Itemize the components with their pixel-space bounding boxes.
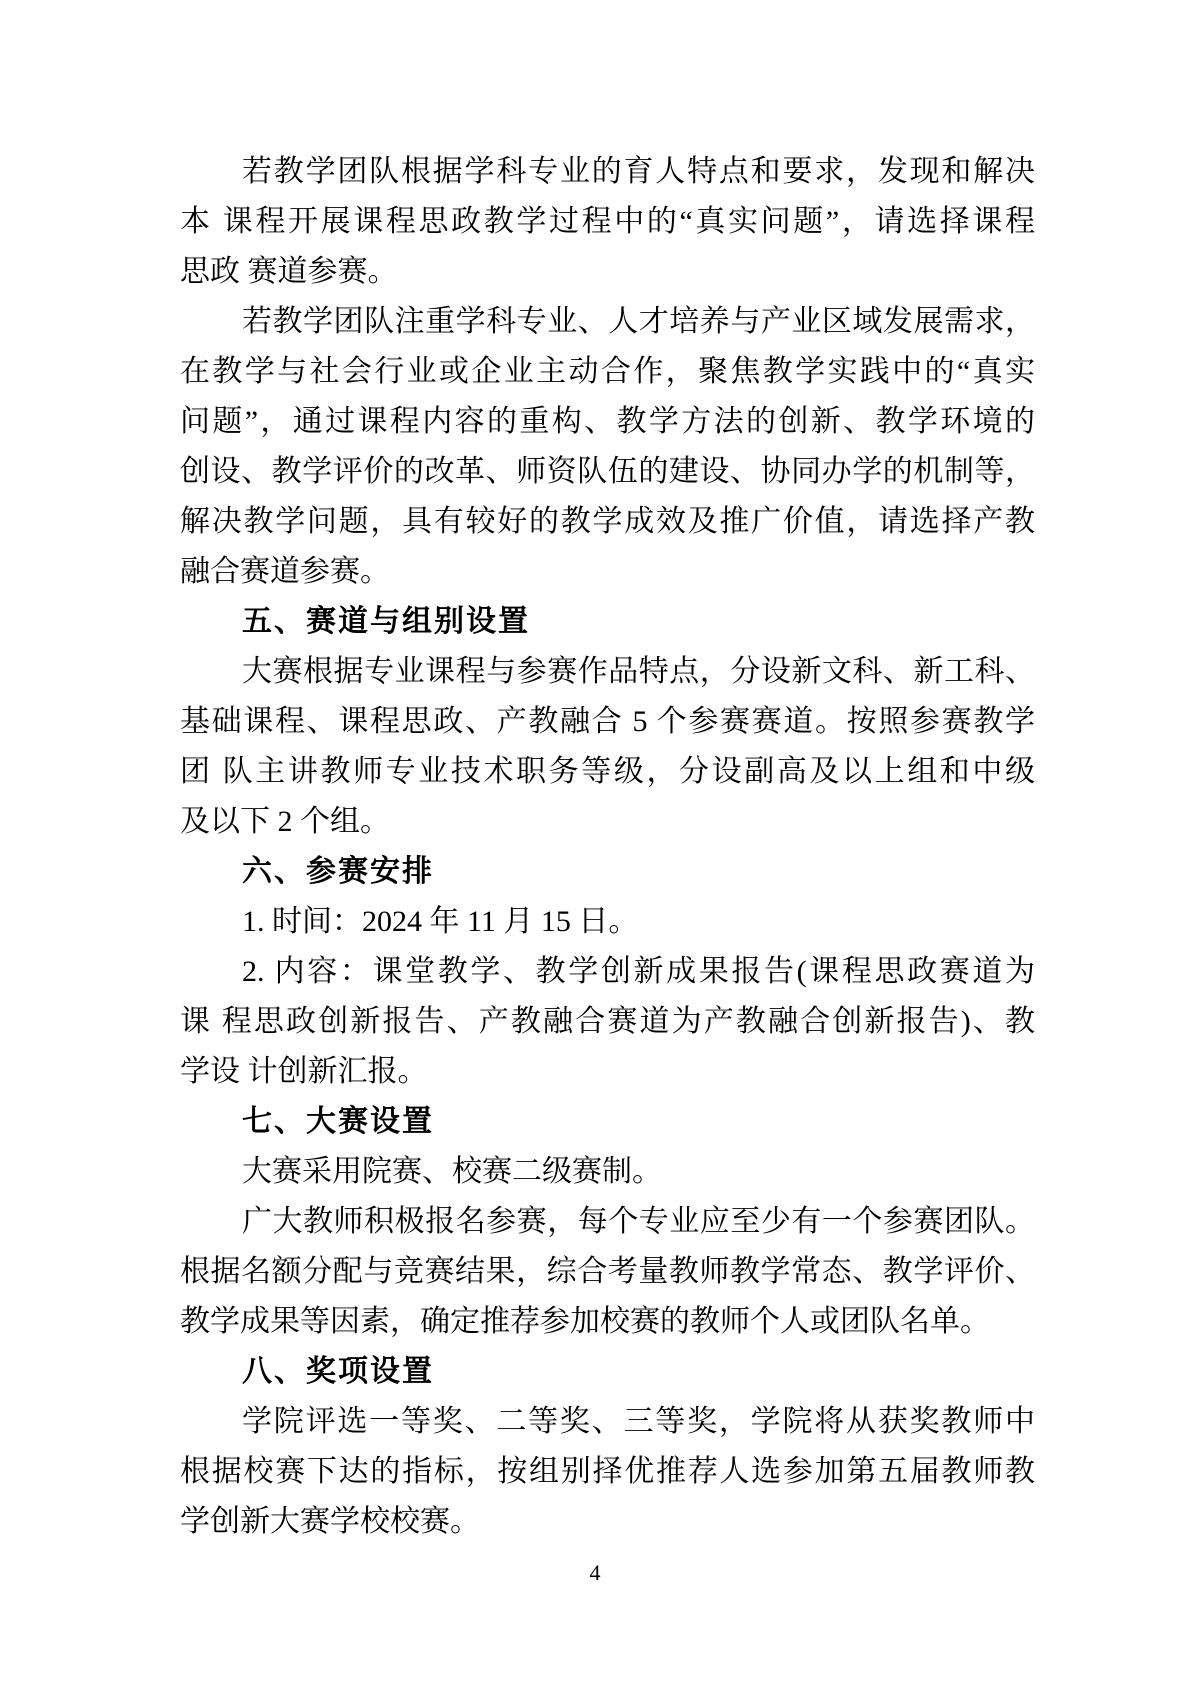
text-line: 基础课程、课程思政、产教融合 5 个参赛赛道。按照参赛教学	[180, 697, 1035, 747]
page-number: 4	[590, 1560, 601, 1585]
text-line: 若教学团队根据学科专业的育人特点和要求，发现和解决	[180, 147, 1035, 197]
text-line: 在教学与社会行业或企业主动合作，聚焦教学实践中的“真实	[180, 347, 1035, 397]
text-line: 大赛根据专业课程与参赛作品特点，分设新文科、新工科、	[180, 647, 1035, 697]
text-line: 及以下 2 个组。	[180, 797, 1035, 847]
section: 七、大赛设置	[180, 1097, 1035, 1147]
text-line: 融合赛道参赛。	[180, 547, 1035, 597]
text-line: 学院评选一等奖、二等奖、三等奖，学院将从获奖教师中	[180, 1397, 1035, 1447]
paragraph: 2. 内容：课堂教学、教学创新成果报告(课程思政赛道为课 程思政创新报告、产教融…	[180, 947, 1035, 1097]
section-heading: 八、奖项设置	[180, 1347, 1035, 1397]
text-line: 团 队主讲教师专业技术职务等级，分设副高及以上组和中级	[180, 747, 1035, 797]
text-line: 教学成果等因素，确定推荐参加校赛的教师个人或团队名单。	[180, 1297, 1035, 1347]
text-line: 大赛采用院赛、校赛二级赛制。	[180, 1147, 1035, 1197]
text-line: 学设 计创新汇报。	[180, 1047, 1035, 1097]
text-line: 2. 内容：课堂教学、教学创新成果报告(课程思政赛道为	[180, 947, 1035, 997]
section-heading: 五、赛道与组别设置	[180, 597, 1035, 647]
text-line: 根据名额分配与竞赛结果，综合考量教师教学常态、教学评价、	[180, 1247, 1035, 1297]
document-body: 若教学团队根据学科专业的育人特点和要求，发现和解决本 课程开展课程思政教学过程中…	[180, 147, 1035, 1547]
section-heading: 六、参赛安排	[180, 847, 1035, 897]
paragraph: 大赛采用院赛、校赛二级赛制。	[180, 1147, 1035, 1197]
text-line: 学创新大赛学校校赛。	[180, 1497, 1035, 1547]
document-page: 若教学团队根据学科专业的育人特点和要求，发现和解决本 课程开展课程思政教学过程中…	[0, 0, 1190, 1684]
section: 八、奖项设置	[180, 1347, 1035, 1397]
text-line: 思政 赛道参赛。	[180, 247, 1035, 297]
paragraph: 广大教师积极报名参赛，每个专业应至少有一个参赛团队。根据名额分配与竞赛结果，综合…	[180, 1197, 1035, 1347]
text-line: 解决教学问题，具有较好的教学成效及推广价值，请选择产教	[180, 497, 1035, 547]
text-line: 创设、教学评价的改革、师资队伍的建设、协同办学的机制等，	[180, 447, 1035, 497]
section: 五、赛道与组别设置	[180, 597, 1035, 647]
paragraph: 大赛根据专业课程与参赛作品特点，分设新文科、新工科、基础课程、课程思政、产教融合…	[180, 647, 1035, 847]
section: 六、参赛安排	[180, 847, 1035, 897]
paragraph: 若教学团队根据学科专业的育人特点和要求，发现和解决本 课程开展课程思政教学过程中…	[180, 147, 1035, 297]
page-footer: 4	[0, 1560, 1190, 1586]
text-line: 根据校赛下达的指标，按组别择优推荐人选参加第五届教师教	[180, 1447, 1035, 1497]
text-line: 本 课程开展课程思政教学过程中的“真实问题”，请选择课程	[180, 197, 1035, 247]
paragraph: 学院评选一等奖、二等奖、三等奖，学院将从获奖教师中根据校赛下达的指标，按组别择优…	[180, 1397, 1035, 1547]
text-line: 课 程思政创新报告、产教融合赛道为产教融合创新报告)、教	[180, 997, 1035, 1047]
text-line: 问题”，通过课程内容的重构、教学方法的创新、教学环境的	[180, 397, 1035, 447]
text-line: 1. 时间：2024 年 11 月 15 日。	[180, 897, 1035, 947]
text-line: 若教学团队注重学科专业、人才培养与产业区域发展需求，	[180, 297, 1035, 347]
section-heading: 七、大赛设置	[180, 1097, 1035, 1147]
paragraph: 1. 时间：2024 年 11 月 15 日。	[180, 897, 1035, 947]
paragraph: 若教学团队注重学科专业、人才培养与产业区域发展需求，在教学与社会行业或企业主动合…	[180, 297, 1035, 597]
text-line: 广大教师积极报名参赛，每个专业应至少有一个参赛团队。	[180, 1197, 1035, 1247]
